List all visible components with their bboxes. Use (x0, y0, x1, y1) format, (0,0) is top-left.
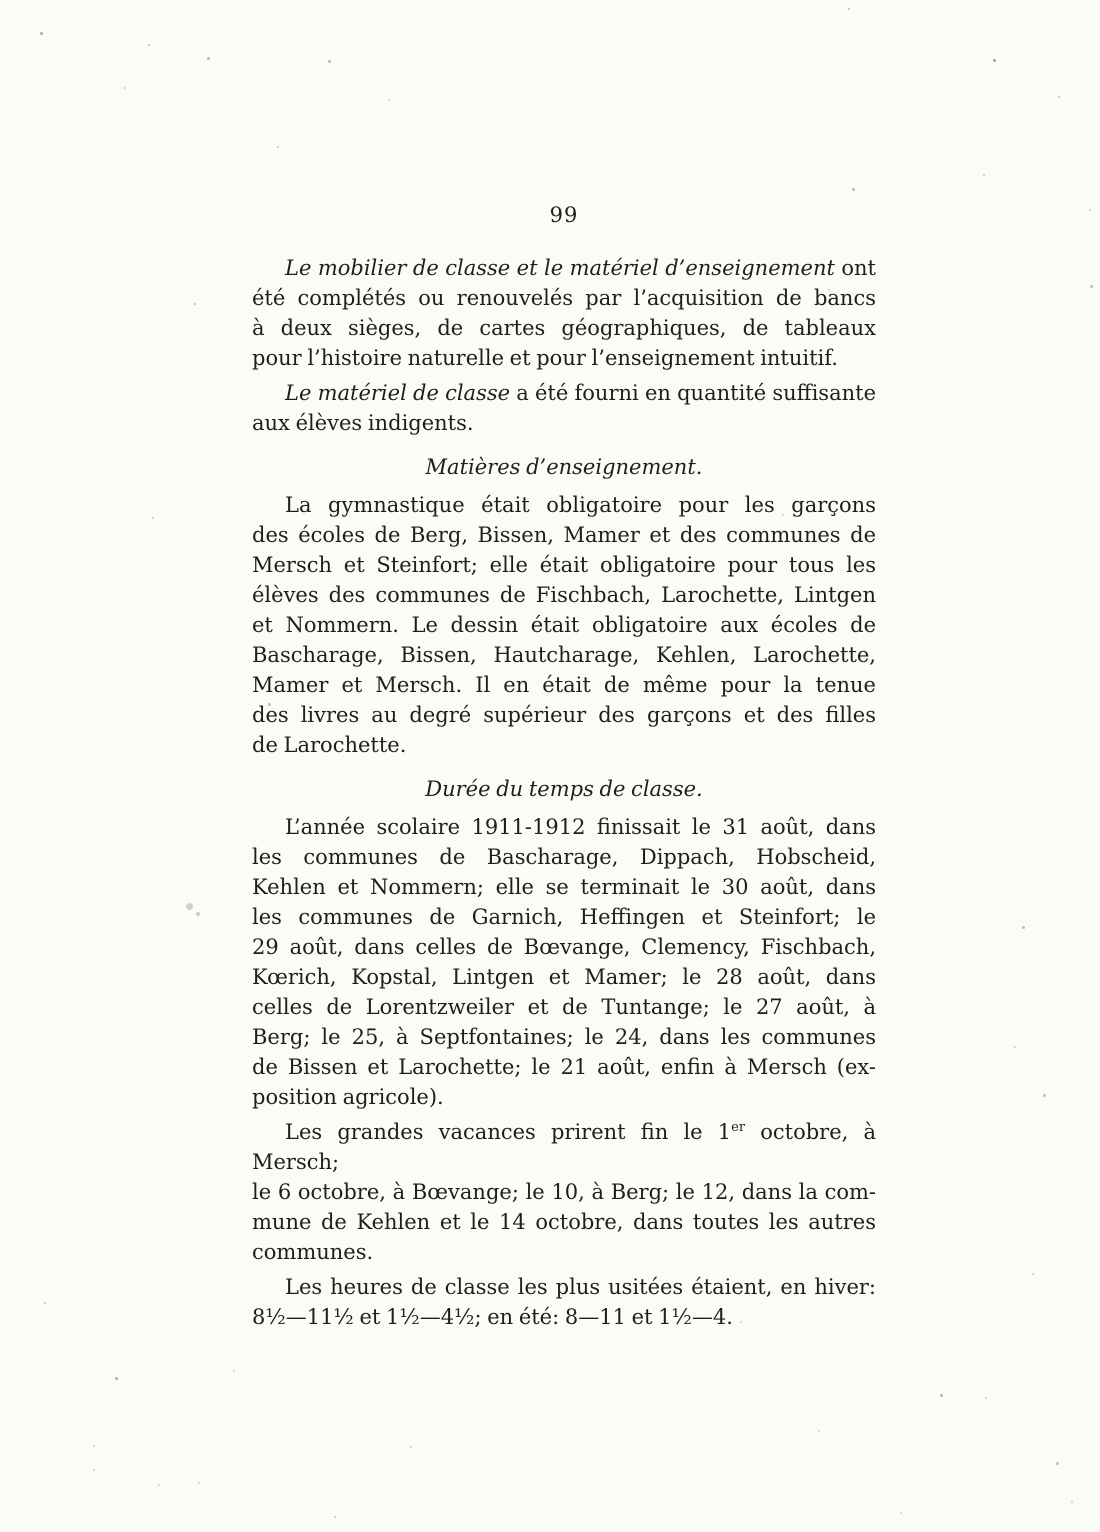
paragraph: Le mobilier de classe et le matériel d’e… (252, 253, 876, 373)
body-text: les communes de Bascharage, Dippach, Hob… (252, 845, 876, 869)
scan-speckle (985, 1397, 987, 1399)
paragraph: L’année scolaire 1911-1912 finissait le … (252, 812, 876, 1112)
text-line: Mersch et Steinfort; elle était obligato… (252, 550, 876, 580)
scan-speckle (1090, 285, 1093, 288)
scan-speckle (334, 1516, 336, 1518)
scan-speckle (852, 188, 855, 191)
scan-speckle (40, 32, 43, 35)
body-text: communes. (252, 1240, 373, 1264)
text-line: pour l’histoire naturelle et pour l’ense… (252, 343, 876, 373)
body-text: été complétés ou renouvelés par l’acquis… (252, 286, 876, 310)
scan-speckle (158, 1484, 160, 1486)
italic-text: Le mobilier de classe et le matériel d’e… (285, 256, 835, 280)
body-text: Kehlen et Nommern; elle se terminait le … (252, 875, 876, 899)
scan-speckle (207, 57, 210, 60)
body-text: L’année scolaire 1911-1912 finissait le … (285, 815, 876, 839)
text-line: à deux sièges, de cartes géographiques, … (252, 313, 876, 343)
scan-speckle (410, 1446, 412, 1448)
scan-speckle (93, 1445, 95, 1447)
text-line: des livres au degré supérieur des garçon… (252, 700, 876, 730)
text-line: de Larochette. (252, 730, 876, 760)
body-text: Kœrich, Kopstal, Lintgen et Mamer; le 28… (252, 965, 876, 989)
body-text: ont (835, 256, 876, 280)
body-text: Berg; le 25, à Septfontaines; le 24, dan… (252, 1025, 876, 1049)
scan-speckle (848, 8, 850, 10)
text-line: 29 août, dans celles de Bœvange, Clemenc… (252, 932, 876, 962)
body-text: des livres au degré supérieur des garçon… (252, 703, 876, 727)
body-text: 8½—11½ et 1½—4½; en été: 8—11 et 1½—4. (252, 1305, 733, 1329)
scan-speckle (1058, 96, 1060, 98)
scan-speckle (277, 146, 279, 148)
section-heading: Matières d’enseignement. (252, 452, 876, 482)
scan-speckle (1089, 209, 1091, 211)
text-line: Kœrich, Kopstal, Lintgen et Mamer; le 28… (252, 962, 876, 992)
paragraph: La gymnastique était obligatoire pour le… (252, 490, 876, 760)
scan-speckle (148, 44, 150, 46)
text-line: mune de Kehlen et le 14 octobre, dans to… (252, 1207, 876, 1237)
text-line: de Bissen et Larochette; le 21 août, enf… (252, 1052, 876, 1082)
scan-speckle (328, 60, 331, 63)
text-line: Mamer et Mersch. Il en était de même pou… (252, 670, 876, 700)
text-block: Le mobilier de classe et le matériel d’e… (252, 253, 876, 1337)
body-text: les communes de Garnich, Heffingen et St… (252, 905, 876, 929)
scan-speckle (196, 912, 200, 916)
text-line: été complétés ou renouvelés par l’acquis… (252, 283, 876, 313)
text-line: Le matériel de classe a été fourni en qu… (252, 378, 876, 408)
text-line: Le mobilier de classe et le matériel d’e… (252, 253, 876, 283)
text-line: Les heures de classe les plus usitées ét… (252, 1272, 876, 1302)
scan-speckle (152, 517, 154, 519)
body-text: de Bissen et Larochette; le 21 août, enf… (252, 1055, 876, 1079)
paragraph: Le matériel de classe a été fourni en qu… (252, 378, 876, 438)
text-line: le 6 octobre, à Bœvange; le 10, à Berg; … (252, 1177, 876, 1207)
scanned-book-page: { "page": { "number": "99", "paper_color… (0, 0, 1100, 1532)
body-text: pour l’histoire naturelle et pour l’ense… (252, 346, 838, 370)
text-line: Les grandes vacances prirent fin le 1er … (252, 1117, 876, 1177)
body-text: 29 août, dans celles de Bœvange, Clemenc… (252, 935, 876, 959)
body-text: Bascharage, Bissen, Hautcharage, Kehlen,… (252, 643, 876, 667)
text-line: des écoles de Berg, Bissen, Mamer et des… (252, 520, 876, 550)
text-line: les communes de Bascharage, Dippach, Hob… (252, 842, 876, 872)
scan-speckle (93, 1469, 95, 1471)
scan-speckle (1043, 1094, 1046, 1097)
paragraph: Les grandes vacances prirent fin le 1er … (252, 1117, 876, 1267)
paragraph: Les heures de classe les plus usitées ét… (252, 1272, 876, 1332)
body-text: des écoles de Berg, Bissen, Mamer et des… (252, 523, 876, 547)
body-text: Mersch et Steinfort; elle était obligato… (252, 553, 876, 577)
text-line: et Nommern. Le dessin était obligatoire … (252, 610, 876, 640)
document-page: 99 Le mobilier de classe et le matériel … (0, 0, 1100, 1532)
scan-speckle (1056, 1462, 1059, 1465)
text-line: 8½—11½ et 1½—4½; en été: 8—11 et 1½—4. (252, 1302, 876, 1332)
text-line: aux élèves indigents. (252, 408, 876, 438)
text-line: Bascharage, Bissen, Hautcharage, Kehlen,… (252, 640, 876, 670)
text-line: Kehlen et Nommern; elle se terminait le … (252, 872, 876, 902)
text-line: celles de Lorentzweiler et de Tuntange; … (252, 992, 876, 1022)
scan-speckle (115, 1377, 118, 1380)
text-line: La gymnastique était obligatoire pour le… (252, 490, 876, 520)
scan-speckle (1032, 1273, 1034, 1275)
body-text: aux élèves indigents. (252, 411, 474, 435)
body-text: et Nommern. Le dessin était obligatoire … (252, 613, 876, 637)
text-line: L’année scolaire 1911-1912 finissait le … (252, 812, 876, 842)
scan-speckle (1014, 1046, 1016, 1048)
superscript-text: er (731, 1120, 745, 1135)
scan-speckle (388, 99, 390, 101)
scan-speckle (186, 903, 193, 910)
scan-speckle (233, 1370, 235, 1372)
scan-speckle (993, 59, 996, 62)
body-text: élèves des communes de Fischbach, Laroch… (252, 583, 876, 607)
scan-speckle (983, 174, 985, 176)
body-text: de Larochette. (252, 733, 406, 757)
body-text: à deux sièges, de cartes géographiques, … (252, 316, 876, 340)
body-text: a été fourni en quantité suffisante (510, 381, 876, 405)
scan-speckle (1022, 926, 1025, 929)
scan-speckle (1071, 1501, 1073, 1503)
section-heading: Durée du temps de classe. (252, 774, 876, 804)
page-number: 99 (252, 200, 876, 230)
body-text: Mamer et Mersch. Il en était de même pou… (252, 673, 876, 697)
scan-speckle (940, 1394, 943, 1397)
body-text: La gymnastique était obligatoire pour le… (285, 493, 876, 517)
body-text: Les heures de classe les plus usitées ét… (285, 1275, 876, 1299)
body-text: position agricole). (252, 1085, 444, 1109)
text-line: élèves des communes de Fischbach, Laroch… (252, 580, 876, 610)
body-text: Les grandes vacances prirent fin le 1 (285, 1120, 731, 1144)
body-text: mune de Kehlen et le 14 octobre, dans to… (252, 1210, 876, 1234)
scan-speckle (194, 303, 196, 305)
text-line: Berg; le 25, à Septfontaines; le 24, dan… (252, 1022, 876, 1052)
scan-speckle (198, 1482, 200, 1484)
italic-text: Le matériel de classe (285, 381, 510, 405)
body-text: celles de Lorentzweiler et de Tuntange; … (252, 995, 876, 1019)
text-line: communes. (252, 1237, 876, 1267)
scan-speckle (124, 87, 126, 89)
body-text: le 6 octobre, à Bœvange; le 10, à Berg; … (252, 1180, 876, 1204)
scan-speckle (900, 1512, 902, 1514)
scan-speckle (44, 1302, 46, 1304)
text-line: position agricole). (252, 1082, 876, 1112)
scan-speckle (818, 1430, 820, 1432)
text-line: les communes de Garnich, Heffingen et St… (252, 902, 876, 932)
